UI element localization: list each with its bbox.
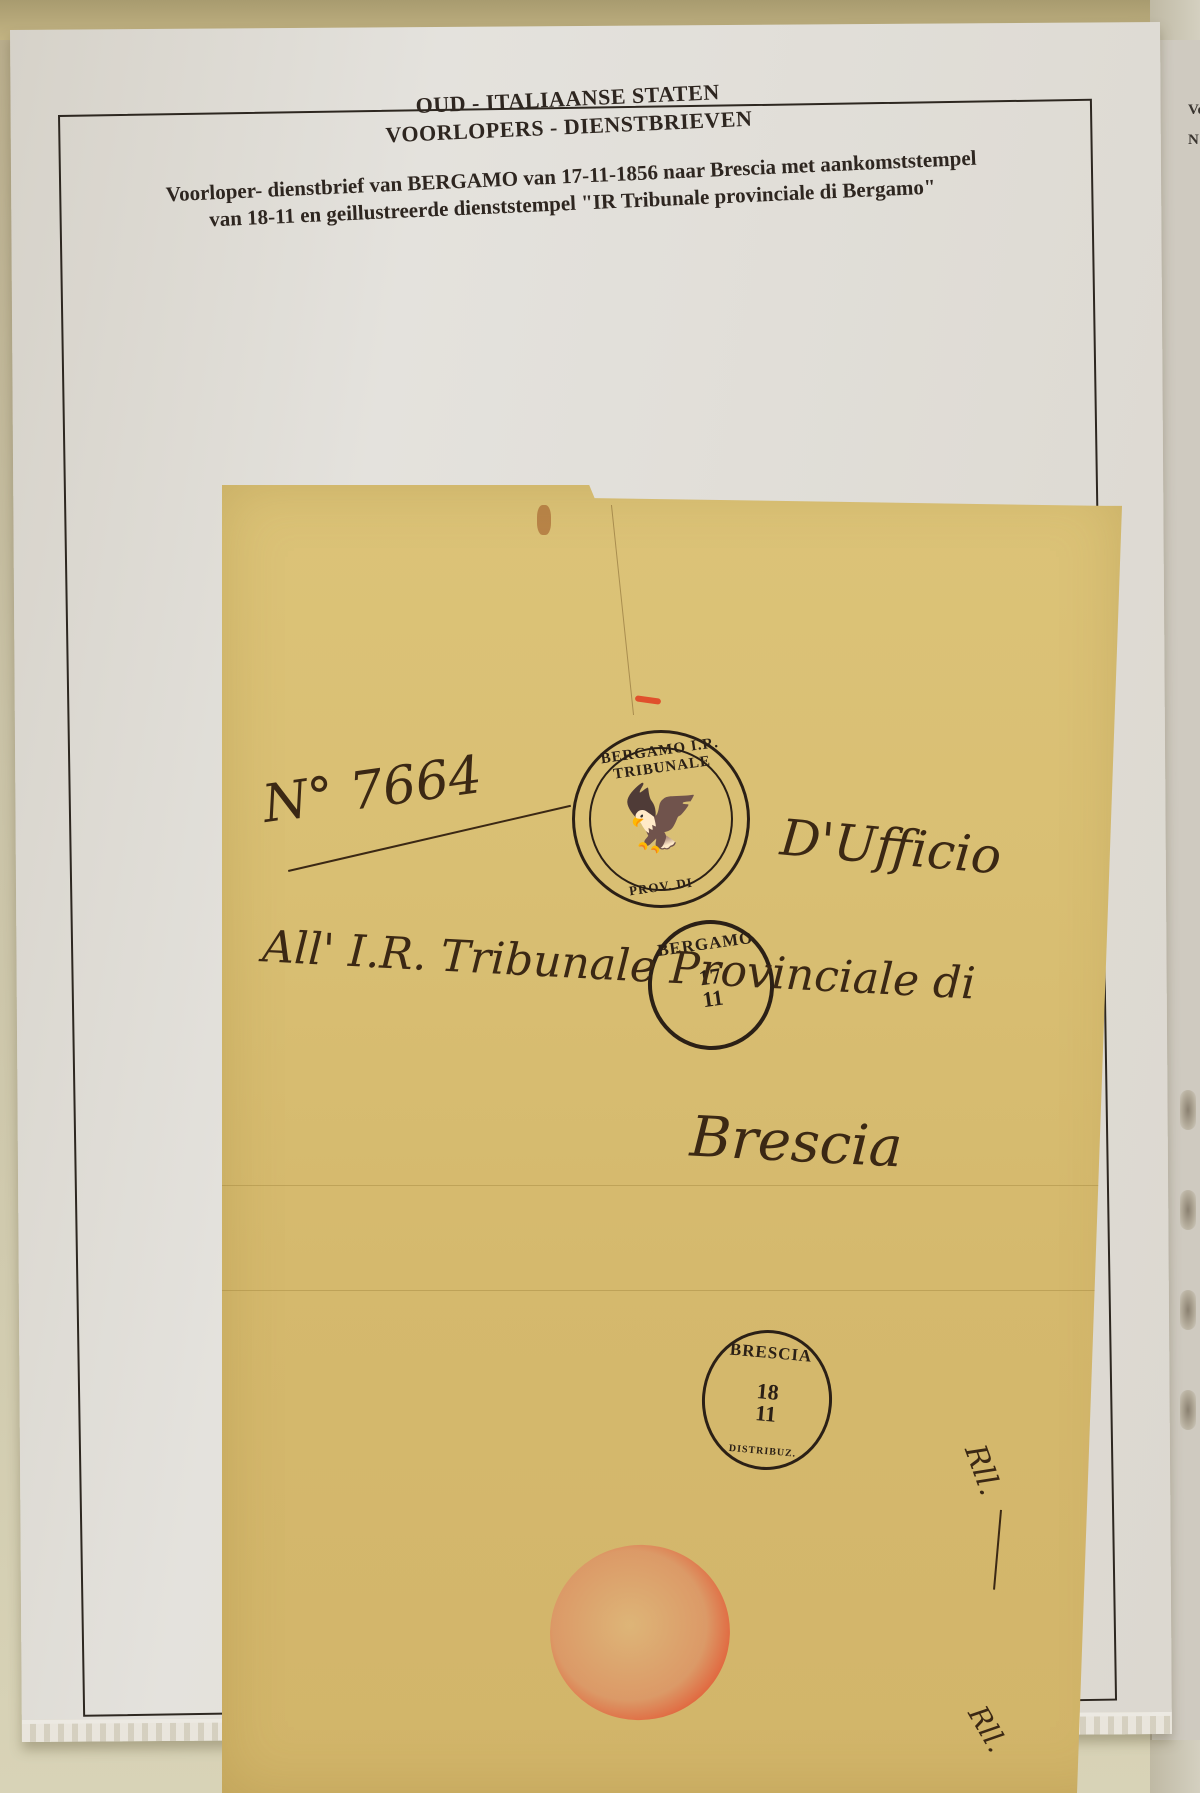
postmark-town: BRESCIA [729, 1340, 813, 1367]
postmark-bottom-text: DISTRIBUZ. [728, 1443, 796, 1460]
binder-hole-icon [1180, 1290, 1196, 1330]
destination-city: Brescia [688, 1104, 904, 1180]
paper-tear [611, 505, 694, 715]
fold-line [222, 1185, 1122, 1186]
binder-hole-icon [1180, 1090, 1196, 1130]
binder-hole-icon [1180, 1190, 1196, 1230]
next-page-text: Vo [1188, 102, 1200, 119]
postmark-month: 11 [754, 1402, 777, 1426]
binder-holes [1180, 1090, 1200, 1490]
double-headed-eagle-icon: 🦅 [621, 787, 701, 851]
fold-line [222, 1290, 1122, 1291]
official-tribunal-stamp: BERGAMO I.R. TRIBUNALE 🦅 PROV. DI [572, 730, 750, 908]
next-page-text: N [1188, 132, 1199, 149]
binder-hole-icon [1180, 1390, 1196, 1430]
stain [537, 505, 551, 535]
